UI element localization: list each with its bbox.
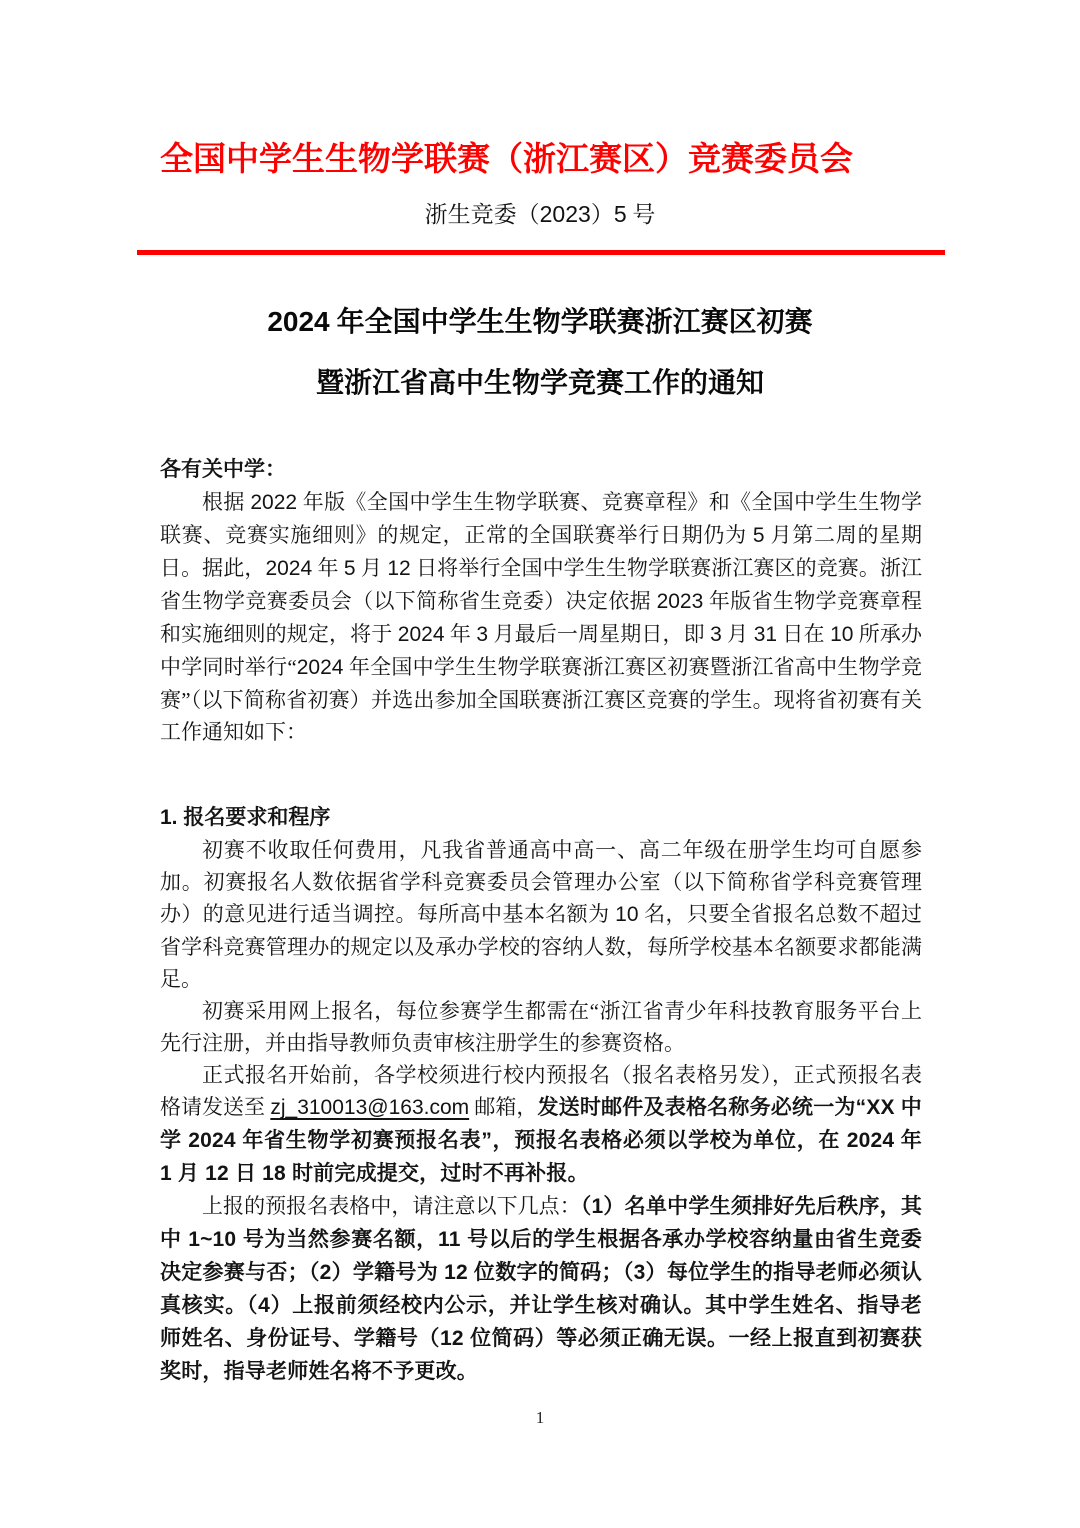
document-page: 全国中学生生物学联赛（浙江赛区）竞赛委员会 浙生竞委（2023）5 号 2024… xyxy=(0,0,1080,1528)
text-segment: 上报的预报名表格中，请注意以下几点： xyxy=(202,1194,581,1218)
paragraph: 根据 2022 年版《全国中学生生物学联赛、竞赛章程》和《全国中学生生物学联赛、… xyxy=(160,486,922,748)
doc-title-line-2: 暨浙江省高中生物学竞赛工作的通知 xyxy=(0,364,1080,404)
paragraph: 上报的预报名表格中，请注意以下几点：（1）名单中学生须排好先后秩序，其中 1~1… xyxy=(160,1190,922,1388)
text-segment: 初赛不收取任何费用，凡我省普通高中高一、高二年级在册学生均可自愿参加。初赛报名人… xyxy=(160,838,922,991)
text-segment: （1）名单中学生须排好先后秩序，其中 1~10 号为当然参赛名额，11 号以后的… xyxy=(160,1195,922,1383)
email-link[interactable]: zj_310013@163.com xyxy=(270,1095,469,1119)
org-title: 全国中学生生物学联赛（浙江赛区）竞赛委员会 xyxy=(160,138,950,180)
text-segment: 初赛采用网上报名，每位参赛学生都需在“浙江省青少年科技教育服务平台上先行注册，并… xyxy=(160,999,922,1055)
section-heading: 1. 报名要求和程序 xyxy=(160,802,922,834)
salutation: 各有关中学： xyxy=(160,454,922,486)
red-divider xyxy=(137,250,945,255)
text-segment: 邮箱， xyxy=(469,1095,537,1119)
document-body: 各有关中学： 根据 2022 年版《全国中学生生物学联赛、竞赛章程》和《全国中学… xyxy=(160,454,922,1388)
page-number: 1 xyxy=(0,1408,1080,1428)
doc-number: 浙生竞委（2023）5 号 xyxy=(0,197,1080,232)
text-segment: 根据 2022 年版《全国中学生生物学联赛、竞赛章程》和《全国中学生生物学联赛、… xyxy=(160,490,922,744)
paragraph: 正式报名开始前，各学校须进行校内预报名（报名表格另发），正式预报名表格请发送至 … xyxy=(160,1059,922,1190)
doc-title-line-1: 2024 年全国中学生生物学联赛浙江赛区初赛 xyxy=(0,302,1080,343)
paragraph: 初赛不收取任何费用，凡我省普通高中高一、高二年级在册学生均可自愿参加。初赛报名人… xyxy=(160,834,922,995)
paragraph: 初赛采用网上报名，每位参赛学生都需在“浙江省青少年科技教育服务平台上先行注册，并… xyxy=(160,995,922,1059)
